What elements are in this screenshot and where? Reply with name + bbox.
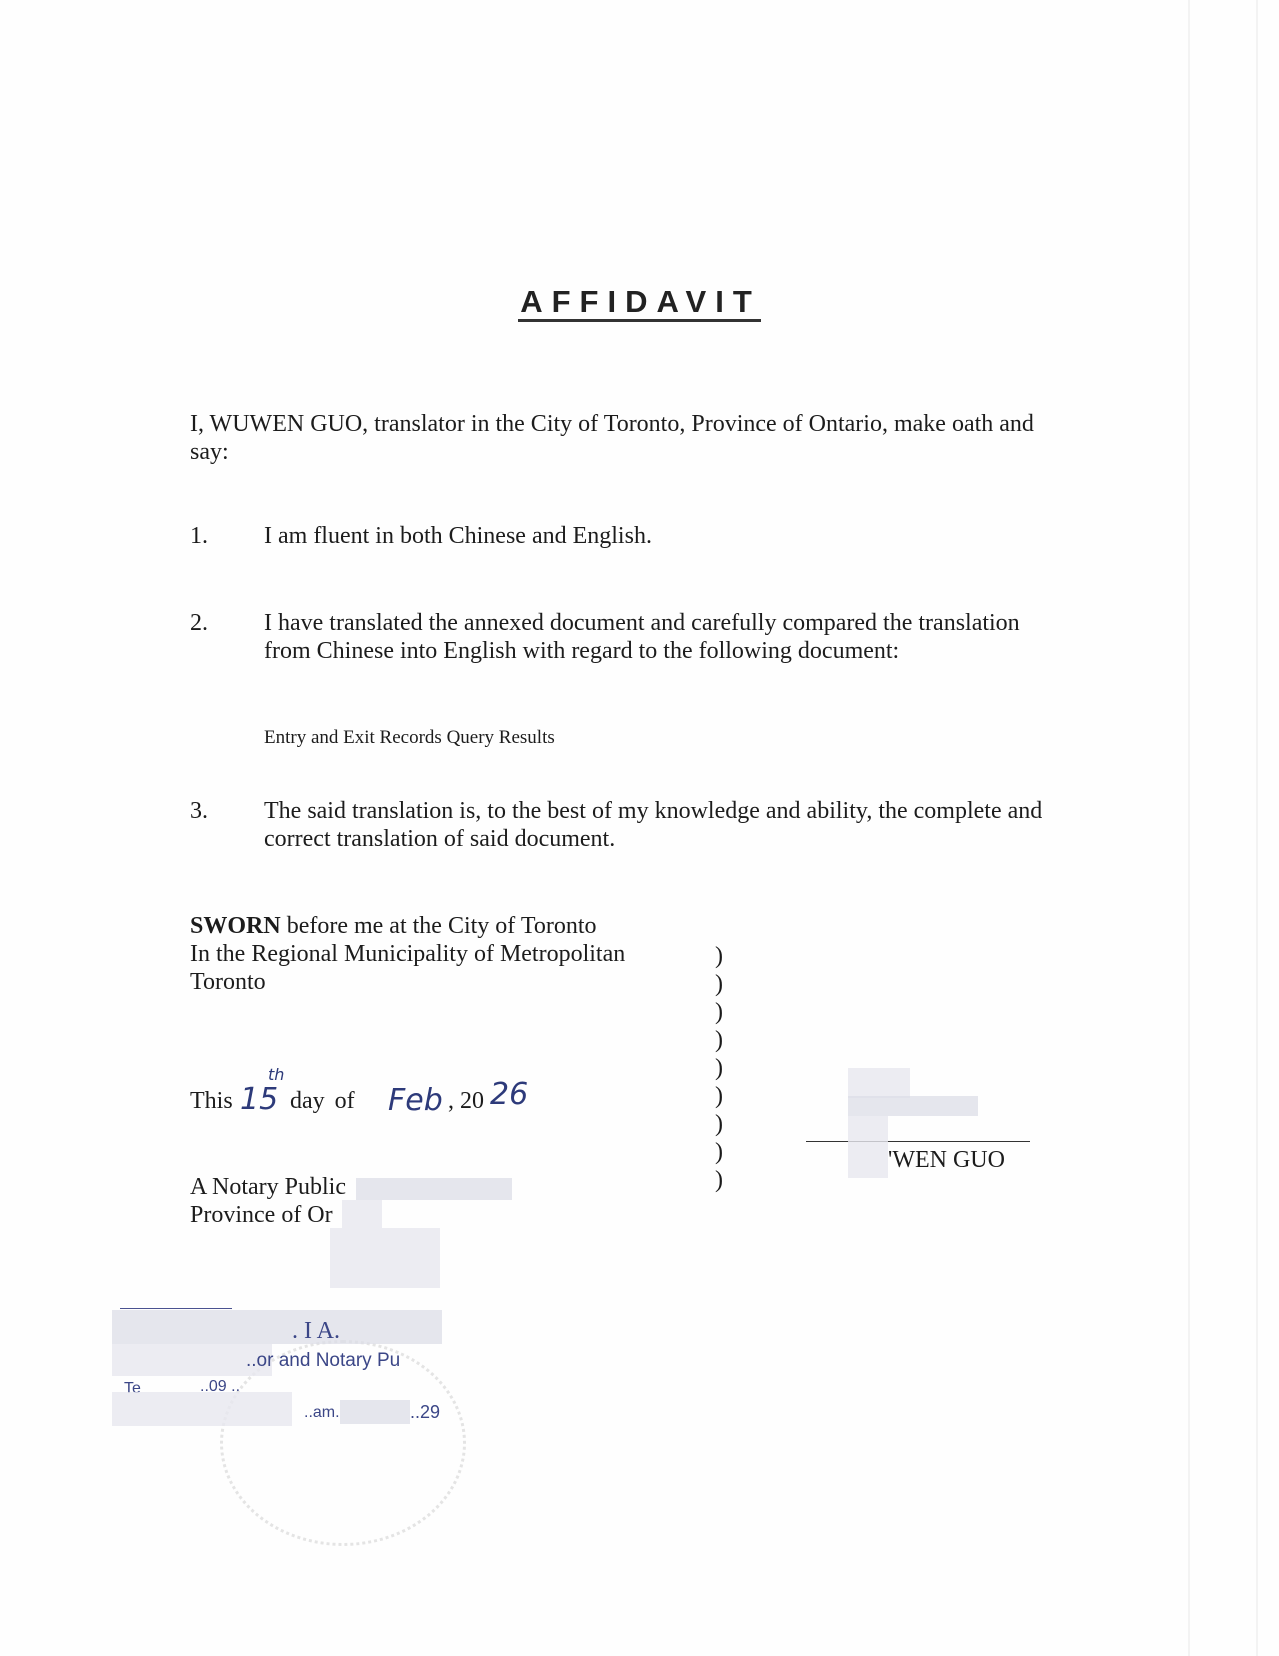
bracket: ) (715, 970, 723, 999)
sworn-line-1: SWORN before me at the City of Toronto (190, 912, 596, 940)
item-1-number: 1. (190, 522, 208, 550)
intro-line-1: I, WUWEN GUO, translator in the City of … (190, 410, 1034, 438)
handwritten-day-suffix: th (268, 1060, 284, 1090)
redacted-stamp (330, 1228, 440, 1288)
sworn-line-3: Toronto (190, 968, 266, 996)
redacted-signature (848, 1116, 888, 1178)
bracket: ) (715, 1082, 723, 1111)
redacted-signature (848, 1068, 910, 1098)
item-3-text-line-1: The said translation is, to the best of … (264, 797, 1042, 825)
item-3-number: 3. (190, 797, 208, 825)
bracket: ) (715, 1026, 723, 1055)
bracket: ) (715, 998, 723, 1027)
signatory-name: 'WEN GUO (888, 1146, 1005, 1174)
bracket: ) (715, 1138, 723, 1167)
stamp-title-partial: ..or and Notary Pu (246, 1350, 400, 1372)
stamp-signature-line (120, 1308, 232, 1309)
bracket: ) (715, 1110, 723, 1139)
handwritten-year: 26 (490, 1080, 528, 1110)
sworn-bold-word: SWORN (190, 913, 281, 939)
redacted-notary-text (342, 1200, 382, 1228)
bracket: ) (715, 1054, 723, 1083)
bracket: ) (715, 942, 723, 971)
sworn-line-2: In the Regional Municipality of Metropol… (190, 940, 625, 968)
sworn-line-1-rest: before me at the City of Toronto (281, 913, 597, 939)
item-2-text-line-1: I have translated the annexed document a… (264, 609, 1020, 637)
notary-line-1: A Notary Public (190, 1173, 346, 1201)
scan-artifact-line (1256, 0, 1258, 1656)
stamp-name-partial: . I A. (292, 1318, 340, 1345)
item-2-number: 2. (190, 609, 208, 637)
bracket: ) (715, 1166, 723, 1195)
item-1-text: I am fluent in both Chinese and English. (264, 522, 652, 550)
referenced-document: Entry and Exit Records Query Results (264, 724, 555, 752)
stamp-number-partial: ..29 (410, 1402, 440, 1423)
handwritten-month: Feb (388, 1086, 443, 1116)
item-3-text-line-2: correct translation of said document. (264, 825, 615, 853)
document-title: AFFIDAVIT (0, 284, 1279, 320)
scan-artifact-line (1188, 0, 1190, 1656)
redacted-stamp-contact (340, 1400, 410, 1424)
signature-line (806, 1141, 1030, 1142)
redacted-stamp-contact (112, 1392, 292, 1426)
redacted-notary-text (356, 1178, 512, 1200)
this-label: This (190, 1087, 233, 1115)
affidavit-page: AFFIDAVIT I, WUWEN GUO, translator in th… (0, 0, 1279, 1656)
year-printed: , 20 (448, 1087, 484, 1115)
redacted-signature (848, 1096, 978, 1116)
redacted-stamp-name (112, 1310, 442, 1344)
intro-line-2: say: (190, 438, 229, 466)
day-of-label: day of (290, 1087, 355, 1115)
item-2-text-line-2: from Chinese into English with regard to… (264, 637, 899, 665)
stamp-email-partial: ..am. (304, 1404, 340, 1422)
notary-line-2: Province of Or (190, 1201, 333, 1229)
